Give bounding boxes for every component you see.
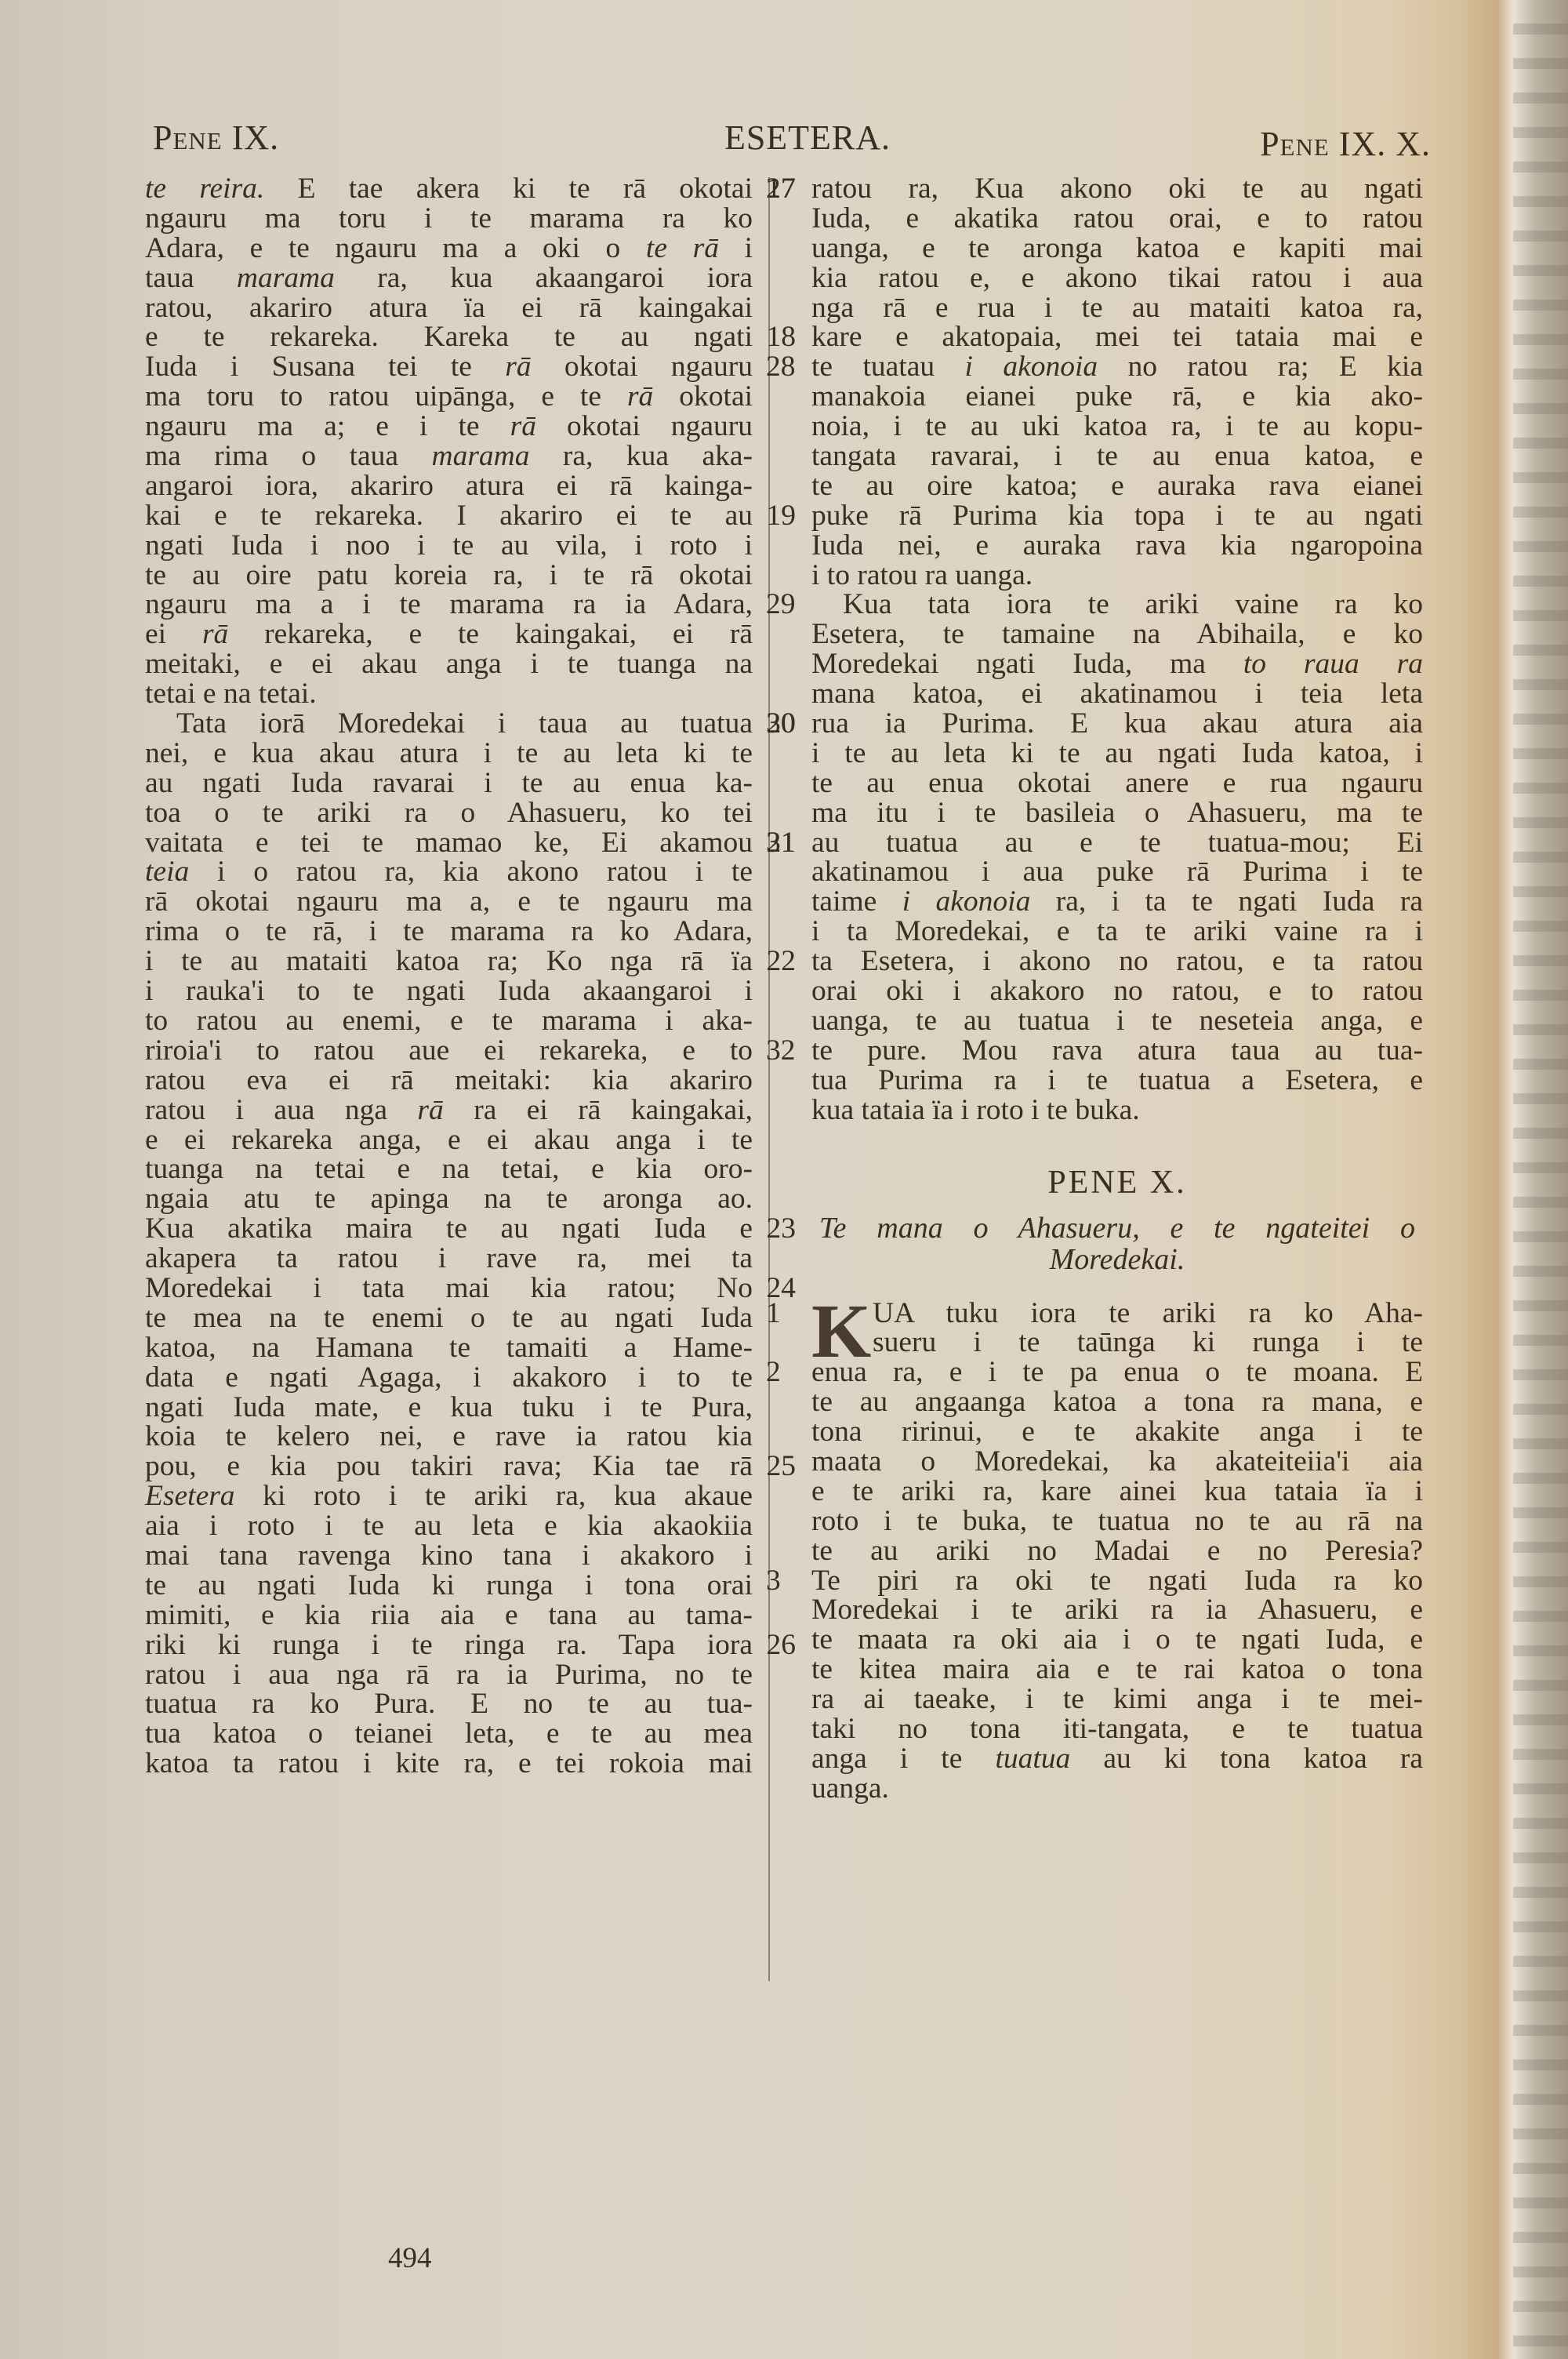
- text-line: Esetera, te tamaine na Abihaila, e ko: [811, 620, 1423, 649]
- text-line: tua katoa o teianei leta, e te au mea: [145, 1719, 753, 1749]
- text-line: tuatua ra ko Pura. E no te au tua-: [145, 1689, 753, 1719]
- verse-number: 29: [766, 590, 796, 620]
- text-run: ta Esetera, i akono no ratou, e ta ratou: [811, 945, 1423, 977]
- text-run: pou, e kia pou takiri rava; Kia tae rā: [145, 1450, 753, 1482]
- text-line: katoa ta ratou i kite ra, e tei rokoia m…: [145, 1749, 753, 1779]
- text-line: roto i te buka, te tuatua no te au rā na: [811, 1507, 1423, 1536]
- text-line: ngauru ma a i te marama ra ia Adara,: [145, 590, 753, 620]
- text-line: i te au leta ki te au ngati Iuda katoa, …: [811, 739, 1423, 769]
- text-line: koia te kelero nei, e rave ia ratou kia: [145, 1422, 753, 1452]
- italic-text: marama: [237, 262, 335, 294]
- text-line: e ei rekareka anga, e ei akau anga i te: [145, 1125, 753, 1155]
- text-line: e te rekareka. Kareka te au ngati18: [145, 322, 753, 352]
- text-run: uanga, te au tuatua i te neseteia anga, …: [811, 1005, 1423, 1037]
- text-run: ratou ra, Kua akono oki te au ngati: [811, 173, 1423, 205]
- text-line: nga rā e rua i te au mataiti katoa ra,: [811, 293, 1423, 323]
- text-line: Moredekai ngati Iuda, ma to raua ra: [811, 649, 1423, 679]
- text-run: e te ariki ra, kare ainei kua tataia ïa …: [811, 1475, 1423, 1507]
- text-run: riroia'i to ratou aue ei rekareka, e to: [145, 1034, 753, 1067]
- italic-text: tuatua: [995, 1743, 1070, 1775]
- text-run: enua ra, e i te pa enua o te moana. E: [811, 1356, 1423, 1388]
- text-line: data e ngati Agaga, i akakoro i to te: [145, 1363, 753, 1393]
- text-run: katoa ta ratou i kite ra, e tei rokoia m…: [145, 1747, 753, 1779]
- text-run: ma itu i te basileia o Ahasueru, ma te: [811, 797, 1423, 829]
- text-run: akapera ta ratou i rave ra, mei ta: [145, 1242, 753, 1274]
- text-run: okotai: [653, 380, 753, 413]
- text-line: toa o te ariki ra o Ahasueru, ko tei: [145, 798, 753, 828]
- text-line: ratou i aua nga rā ra ei rā kaingakai,: [145, 1096, 753, 1125]
- text-line: katoa, na Hamana te tamaiti a Hame-: [145, 1333, 753, 1363]
- text-line: Moredekai i tata mai kia ratou; No24: [145, 1274, 753, 1303]
- text-run: ngati Iuda mate, e kua tuku i te Pura,: [145, 1391, 753, 1423]
- text-line: vaitata e tei te mamao ke, Ei akamou21: [145, 828, 753, 858]
- text-run: ma rima o taua: [145, 440, 431, 472]
- italic-text: rā: [505, 351, 531, 383]
- text-run: ma toru to ratou uipānga, e te: [145, 380, 627, 413]
- italic-text: to raua ra: [1243, 648, 1423, 680]
- text-run: ki roto i te ariki ra, kua akaue: [235, 1480, 753, 1512]
- text-run: ratou i aua nga rā ra ia Purima, no te: [145, 1659, 753, 1691]
- text-run: maata o Moredekai, ka akateiteiia'i aia: [811, 1445, 1423, 1478]
- text-run: mana katoa, ei akatinamou i teia leta: [811, 678, 1423, 710]
- text-run: Adara, e te ngauru ma a oki o: [145, 232, 646, 264]
- text-run: i o ratou ra, kia akono ratou i te: [189, 856, 753, 888]
- text-line: te mea na te enemi o te au ngati Iuda: [145, 1303, 753, 1333]
- text-line: akapera ta ratou i rave ra, mei ta: [145, 1244, 753, 1274]
- text-run: te pure. Mou rava atura taua au tua-: [811, 1034, 1423, 1067]
- text-run: ei: [145, 618, 202, 650]
- text-line: Tata iorā Moredekai i taua au tuatua20: [145, 709, 753, 739]
- text-run: tuanga na tetai e na tetai, e kia oro-: [145, 1153, 753, 1185]
- text-run: te au ariki no Madai e no Peresia?: [811, 1535, 1423, 1567]
- text-line: rua ia Purima. E kua akau atura aia30: [811, 709, 1423, 739]
- text-run: te au angaanga katoa a tona ra mana, e: [811, 1386, 1423, 1418]
- text-run: kai e te rekareka. I akariro ei te au: [145, 500, 753, 532]
- verse-number: 1: [766, 1299, 781, 1329]
- text-run: i te au leta ki te au ngati Iuda katoa, …: [811, 737, 1423, 769]
- text-run: kua tataia ïa i roto i te buka.: [811, 1094, 1140, 1126]
- text-run: rima o te rā, i te marama ra ko Adara,: [145, 915, 753, 947]
- text-line: Esetera ki roto i te ariki ra, kua akaue: [145, 1481, 753, 1511]
- text-line: kia ratou e, e akono tikai ratou i aua: [811, 264, 1423, 293]
- text-line: te au ngati Iuda ki runga i tona orai: [145, 1571, 753, 1601]
- text-line: ratou eva ei rā meitaki: kia akariro: [145, 1066, 753, 1096]
- text-line: te reira. E tae akera ki te rā okotai17: [145, 174, 753, 204]
- text-line: ta Esetera, i akono no ratou, e ta ratou: [811, 947, 1423, 976]
- text-run: i rauka'i to te ngati Iuda akaangaroi i: [145, 975, 753, 1007]
- text-line: puke rā Purima kia topa i te au ngati: [811, 501, 1423, 531]
- text-run: mai tana ravenga kino tana i akakoro i: [145, 1539, 753, 1572]
- text-line: noia, i te au uki katoa ra, i te au kopu…: [811, 412, 1423, 442]
- running-head: Pene IX. ESETERA. Pene IX. X.: [153, 118, 1431, 165]
- text-run: rā okotai ngauru ma a, e te ngauru ma: [145, 885, 753, 918]
- text-line: ngati Iuda i noo i te au vila, i roto i: [145, 531, 753, 561]
- text-line: ra ai taeake, i te kimi anga i te mei-: [811, 1685, 1423, 1714]
- text-run: nei, e kua akau atura i te au leta ki te: [145, 737, 753, 769]
- text-line: orai oki i akakoro no ratou, e to ratou: [811, 976, 1423, 1006]
- text-line: Moredekai i te ariki ra ia Ahasueru, e: [811, 1595, 1423, 1625]
- text-line: to ratou au enemi, e te marama i aka-: [145, 1006, 753, 1036]
- text-line: te au ariki no Madai e no Peresia?: [811, 1536, 1423, 1566]
- verse-number: 25: [767, 1452, 797, 1481]
- text-run: rua ia Purima. E kua akau atura aia: [811, 707, 1423, 740]
- text-run: te au oire patu koreia ra, i te rā okota…: [145, 559, 753, 591]
- text-line: ngaia atu te apinga na te aronga ao.: [145, 1184, 753, 1214]
- text-run: uanga, e te aronga katoa e kapiti mai: [811, 232, 1423, 264]
- text-run: ngauru ma a i te marama ra ia Adara,: [145, 588, 753, 620]
- text-line: Kua akatika maira te au ngati Iuda e23: [145, 1214, 753, 1244]
- text-run: nga rā e rua i te au mataiti katoa ra,: [811, 292, 1423, 324]
- text-line: ma rima o taua marama ra, kua aka-: [145, 442, 753, 471]
- text-run: akatinamou i aua puke rā Purima i te: [811, 856, 1423, 888]
- text-run: ra, kua akaangaroi iora: [335, 262, 753, 294]
- text-run: vaitata e tei te mamao ke, Ei akamou: [145, 827, 753, 859]
- verse-number: 31: [766, 828, 796, 858]
- text-line: manakoia eianei puke rā, e kia ako-: [811, 382, 1423, 412]
- text-line: ngati Iuda mate, e kua tuku i te Pura,: [145, 1393, 753, 1423]
- text-run: tona ririnui, e te akakite anga i te: [811, 1416, 1423, 1448]
- text-run: taua: [145, 262, 237, 294]
- text-run: tetai e na tetai.: [145, 678, 317, 710]
- text-run: rekareka, e te kaingakai, ei rā: [228, 618, 753, 650]
- text-line: kai e te rekareka. I akariro ei te au19: [145, 501, 753, 531]
- text-run: au tuatua au e te tuatua-mou; Ei: [811, 827, 1423, 859]
- text-line: teia i o ratou ra, kia akono ratou i te: [145, 857, 753, 887]
- text-line: nei, e kua akau atura i te au leta ki te: [145, 739, 753, 769]
- text-line: rima o te rā, i te marama ra ko Adara,: [145, 917, 753, 947]
- verse-number: 18: [767, 322, 797, 352]
- text-run: kare e akatopaia, mei tei tataia mai e: [811, 321, 1423, 353]
- text-line: te pure. Mou rava atura taua au tua-32: [811, 1036, 1423, 1066]
- text-run: te au ngati Iuda ki runga i tona orai: [145, 1569, 753, 1601]
- text-line: enua ra, e i te pa enua o te moana. E2: [811, 1358, 1423, 1387]
- chapter-ix-ending: ratou ra, Kua akono oki te au ngati27Iud…: [811, 174, 1423, 1125]
- text-run: ngati Iuda i noo i te au vila, i roto i: [145, 529, 753, 562]
- text-run: noia, i te au uki katoa ra, i te au kopu…: [811, 410, 1423, 442]
- text-line: riki ki runga i te ringa ra. Tapa iora26: [145, 1630, 753, 1660]
- text-line: ratou ra, Kua akono oki te au ngati27: [811, 174, 1423, 204]
- text-line: tangata ravarai, i te au enua katoa, e: [811, 442, 1423, 471]
- text-line: ratou i aua nga rā ra ia Purima, no te: [145, 1660, 753, 1690]
- text-line: taime i akonoia ra, i ta te ngati Iuda r…: [811, 887, 1423, 917]
- text-line: au tuatua au e te tuatua-mou; Ei31: [811, 828, 1423, 858]
- text-run: no ratou ra; E kia: [1098, 351, 1423, 383]
- text-run: e te rekareka. Kareka te au ngati: [145, 321, 753, 353]
- text-line: te kitea maira aia e te rai katoa o tona: [811, 1655, 1423, 1685]
- text-run: meitaki, e ei akau anga i te tuanga na: [145, 648, 753, 680]
- text-line: ratou, akariro atura ïa ei rā kaingakai: [145, 293, 753, 323]
- italic-text: rā: [510, 410, 536, 442]
- text-run: au ngati Iuda ravarai i te au enua ka-: [145, 767, 753, 799]
- right-column: ratou ra, Kua akono oki te au ngati27Iud…: [811, 174, 1423, 1804]
- italic-text: rā: [417, 1094, 443, 1126]
- text-line: te au oire katoa; e auraka rava eianei: [811, 471, 1423, 501]
- text-run: ra ei rā kaingakai,: [444, 1094, 753, 1126]
- text-run: Kua tata iora te ariki vaine ra ko: [843, 588, 1423, 620]
- text-run: uanga.: [811, 1772, 889, 1805]
- text-run: ratou i aua nga: [145, 1094, 417, 1126]
- text-run: kia ratou e, e akono tikai ratou i aua: [811, 262, 1423, 294]
- text-run: Iuda nei, e auraka rava kia ngaropoina: [811, 529, 1423, 562]
- text-run: aia i roto i te au leta e kia akaokiia: [145, 1510, 753, 1542]
- text-line: mai tana ravenga kino tana i akakoro i: [145, 1541, 753, 1571]
- italic-text: rā: [627, 380, 653, 413]
- verse-number: 23: [767, 1214, 797, 1244]
- italic-text: te reira.: [145, 173, 264, 205]
- text-line: i to ratou ra uanga.: [811, 561, 1423, 591]
- text-run: te kitea maira aia e te rai katoa o tona: [811, 1653, 1423, 1685]
- verse-number: 28: [766, 352, 796, 382]
- text-line: ngauru ma a; e i te rā okotai ngauru: [145, 412, 753, 442]
- text-run: Moredekai i tata mai kia ratou; No: [145, 1272, 753, 1304]
- text-line: taua marama ra, kua akaangaroi iora: [145, 264, 753, 293]
- text-line: Iuda nei, e auraka rava kia ngaropoina: [811, 531, 1423, 561]
- text-run: taki no tona iti-tangata, e te tuatua: [811, 1713, 1423, 1745]
- text-run: koia te kelero nei, e rave ia ratou kia: [145, 1420, 753, 1452]
- text-line: mimiti, e kia riia aia e tana au tama-: [145, 1601, 753, 1630]
- text-line: te au oire patu koreia ra, i te rā okota…: [145, 561, 753, 591]
- verse-number: 32: [766, 1036, 796, 1066]
- chapter-summary-line-2: Moredekai.: [811, 1244, 1423, 1275]
- text-line: UA tuku iora te ariki ra ko Aha-1: [811, 1299, 1423, 1329]
- text-run: riki ki runga i te ringa ra. Tapa iora: [145, 1629, 753, 1661]
- text-line: tetai e na tetai.: [145, 679, 753, 709]
- text-line: te au angaanga katoa a tona ra mana, e: [811, 1387, 1423, 1417]
- chapter-x-opening: K UA tuku iora te ariki ra ko Aha-1sueru…: [811, 1299, 1423, 1358]
- text-run: mimiti, e kia riia aia e tana au tama-: [145, 1599, 753, 1631]
- verse-number: 3: [766, 1566, 781, 1596]
- verse-number: 22: [767, 947, 797, 976]
- text-line: ngauru ma toru i te marama ra ko: [145, 204, 753, 234]
- text-run: orai oki i akakoro no ratou, e to ratou: [811, 975, 1423, 1007]
- text-line: au ngati Iuda ravarai i te au enua ka-: [145, 769, 753, 798]
- text-run: tuatua ra ko Pura. E no te au tua-: [145, 1688, 753, 1720]
- italic-text: te rā: [646, 232, 719, 264]
- text-line: taki no tona iti-tangata, e te tuatua: [811, 1714, 1423, 1744]
- italic-text: marama: [431, 440, 529, 472]
- text-run: ngauru ma a; e i te: [145, 410, 510, 442]
- text-run: Iuda i Susana tei te: [145, 351, 505, 383]
- text-run: Te piri ra oki te ngati Iuda ra ko: [811, 1565, 1423, 1597]
- text-run: i to ratou ra uanga.: [811, 559, 1033, 591]
- adjacent-pages-edge: [1513, 0, 1568, 2359]
- running-head-book-title: ESETERA.: [153, 118, 1431, 158]
- text-run: Moredekai i te ariki ra ia Ahasueru, e: [811, 1594, 1423, 1626]
- verse-number: 30: [766, 709, 796, 739]
- text-run: i te au mataiti katoa ra; Ko nga rā ïa: [145, 945, 753, 977]
- text-run: Kua akatika maira te au ngati Iuda e: [145, 1212, 753, 1245]
- verse-number: 27: [766, 174, 796, 204]
- text-run: Moredekai ngati Iuda, ma: [811, 648, 1243, 680]
- italic-text: rā: [202, 618, 228, 650]
- text-line: ma itu i te basileia o Ahasueru, ma te: [811, 798, 1423, 828]
- text-line: tuanga na tetai e na tetai, e kia oro-: [145, 1154, 753, 1184]
- text-line: tua Purima ra i te tuatua a Esetera, e: [811, 1066, 1423, 1096]
- text-line: anga i te tuatua au ki tona katoa ra: [811, 1744, 1423, 1774]
- chapter-heading: PENE X.: [811, 1159, 1423, 1206]
- text-line: te au enua okotai anere e rua ngauru: [811, 769, 1423, 798]
- text-run: ra ai taeake, i te kimi anga i te mei-: [811, 1683, 1423, 1715]
- italic-text: teia: [145, 856, 189, 888]
- text-line: aia i roto i te au leta e kia akaokiia: [145, 1511, 753, 1541]
- text-run: katoa, na Hamana te tamaiti a Hame-: [145, 1332, 753, 1364]
- text-run: ratou, akariro atura ïa ei rā kaingakai: [145, 292, 753, 324]
- text-line: i rauka'i to te ngati Iuda akaangaroi i: [145, 976, 753, 1006]
- text-run: Iuda, e akatika ratou orai, e to ratou: [811, 202, 1423, 234]
- text-run: tua katoa o teianei leta, e te au mea: [145, 1717, 753, 1750]
- page-number: 494: [388, 2241, 432, 2275]
- drop-cap-lines: UA tuku iora te ariki ra ko Aha-1sueru i…: [811, 1299, 1423, 1358]
- text-run: ngaia atu te apinga na te aronga ao.: [145, 1183, 753, 1215]
- text-line: Te piri ra oki te ngati Iuda ra ko3: [811, 1566, 1423, 1596]
- text-run: te au enua okotai anere e rua ngauru: [811, 767, 1423, 799]
- italic-text: i akonoia: [965, 351, 1098, 383]
- verse-number: 26: [767, 1630, 797, 1660]
- text-run: e ei rekareka anga, e ei akau anga i te: [145, 1124, 753, 1156]
- chapter-summary-line-1: Te mana o Ahasueru, e te ngateitei o: [811, 1212, 1423, 1244]
- text-run: te maata ra oki aia i o te ngati Iuda, e: [811, 1623, 1423, 1656]
- text-run: angaroi iora, akariro atura ei rā kainga…: [145, 470, 753, 502]
- text-line: akatinamou i aua puke rā Purima i te: [811, 857, 1423, 887]
- text-line: uanga.: [811, 1774, 1423, 1804]
- text-run: tua Purima ra i te tuatua a Esetera, e: [811, 1064, 1423, 1096]
- text-line: kare e akatopaia, mei tei tataia mai e: [811, 322, 1423, 352]
- text-line: maata o Moredekai, ka akateiteiia'i aia: [811, 1447, 1423, 1477]
- text-line: kua tataia ïa i roto i te buka.: [811, 1096, 1423, 1125]
- italic-text: Esetera: [145, 1480, 235, 1512]
- text-run: sueru i te taūnga ki runga i te: [873, 1326, 1423, 1358]
- text-run: Tata iorā Moredekai i taua au tuatua: [176, 707, 753, 740]
- text-run: okotai ngauru: [536, 410, 753, 442]
- text-run: UA tuku iora te ariki ra ko Aha-: [873, 1297, 1423, 1329]
- running-head-right: Pene IX. X.: [1260, 124, 1431, 164]
- text-run: toa o te ariki ra o Ahasueru, ko tei: [145, 797, 753, 829]
- text-run: i: [719, 232, 753, 264]
- text-run: au ki tona katoa ra: [1070, 1743, 1423, 1775]
- text-line: angaroi iora, akariro atura ei rā kainga…: [145, 471, 753, 501]
- text-run: Esetera, te tamaine na Abihaila, e ko: [811, 618, 1423, 650]
- left-column: te reira. E tae akera ki te rā okotai17n…: [145, 174, 753, 1779]
- text-run: taime: [811, 885, 902, 918]
- text-line: Adara, e te ngauru ma a oki o te rā i: [145, 234, 753, 264]
- text-line: te tuatau i akonoia no ratou ra; E kia28: [811, 352, 1423, 382]
- text-line: Iuda i Susana tei te rā okotai ngauru: [145, 352, 753, 382]
- text-run: anga i te: [811, 1743, 995, 1775]
- text-line: riroia'i to ratou aue ei rekareka, e to: [145, 1036, 753, 1066]
- text-run: E tae akera ki te rā okotai: [264, 173, 753, 205]
- text-line: meitaki, e ei akau anga i te tuanga na: [145, 649, 753, 679]
- text-run: okotai ngauru: [532, 351, 753, 383]
- text-line: ma toru to ratou uipānga, e te rā okotai: [145, 382, 753, 412]
- text-line: rā okotai ngauru ma a, e te ngauru ma: [145, 887, 753, 917]
- text-run: ra, i ta te ngati Iuda ra: [1030, 885, 1423, 918]
- text-line: te maata ra oki aia i o te ngati Iuda, e: [811, 1625, 1423, 1655]
- text-line: ei rā rekareka, e te kaingakai, ei rā: [145, 620, 753, 649]
- text-run: roto i te buka, te tuatua no te au rā na: [811, 1505, 1423, 1537]
- verse-number: 2: [766, 1358, 781, 1387]
- text-run: data e ngati Agaga, i akakoro i to te: [145, 1361, 753, 1394]
- text-line: Kua tata iora te ariki vaine ra ko29: [811, 590, 1423, 620]
- text-run: ngauru ma toru i te marama ra ko: [145, 202, 753, 234]
- text-run: puke rā Purima kia topa i te au ngati: [811, 500, 1423, 532]
- text-run: i ta Moredekai, e ta te ariki vaine ra i: [811, 915, 1423, 947]
- column-divider: [768, 177, 770, 1981]
- text-line: i te au mataiti katoa ra; Ko nga rā ïa22: [145, 947, 753, 976]
- text-run: manakoia eianei puke rā, e kia ako-: [811, 380, 1423, 413]
- text-line: mana katoa, ei akatinamou i teia leta: [811, 679, 1423, 709]
- text-line: uanga, e te aronga katoa e kapiti mai: [811, 234, 1423, 264]
- text-run: te mea na te enemi o te au ngati Iuda: [145, 1302, 753, 1334]
- text-run: te tuatau: [811, 351, 965, 383]
- text-run: te au oire katoa; e auraka rava eianei: [811, 470, 1423, 502]
- text-line: pou, e kia pou takiri rava; Kia tae rā25: [145, 1452, 753, 1481]
- text-run: tangata ravarai, i te au enua katoa, e: [811, 440, 1423, 472]
- text-line: tona ririnui, e te akakite anga i te: [811, 1417, 1423, 1447]
- text-line: Iuda, e akatika ratou orai, e to ratou: [811, 204, 1423, 234]
- text-line: uanga, te au tuatua i te neseteia anga, …: [811, 1006, 1423, 1036]
- text-line: i ta Moredekai, e ta te ariki vaine ra i: [811, 917, 1423, 947]
- chapter-x-body: enua ra, e i te pa enua o te moana. E2te…: [811, 1358, 1423, 1803]
- verse-number: 19: [767, 501, 797, 531]
- text-run: to ratou au enemi, e te marama i aka-: [145, 1005, 753, 1037]
- text-line: sueru i te taūnga ki runga i te: [811, 1328, 1423, 1358]
- text-run: ratou eva ei rā meitaki: kia akariro: [145, 1064, 753, 1096]
- italic-text: i akonoia: [902, 885, 1031, 918]
- text-run: ra, kua aka-: [530, 440, 753, 472]
- chapter-summary: Te mana o Ahasueru, e te ngateitei o Mor…: [811, 1212, 1423, 1275]
- text-line: e te ariki ra, kare ainei kua tataia ïa …: [811, 1477, 1423, 1507]
